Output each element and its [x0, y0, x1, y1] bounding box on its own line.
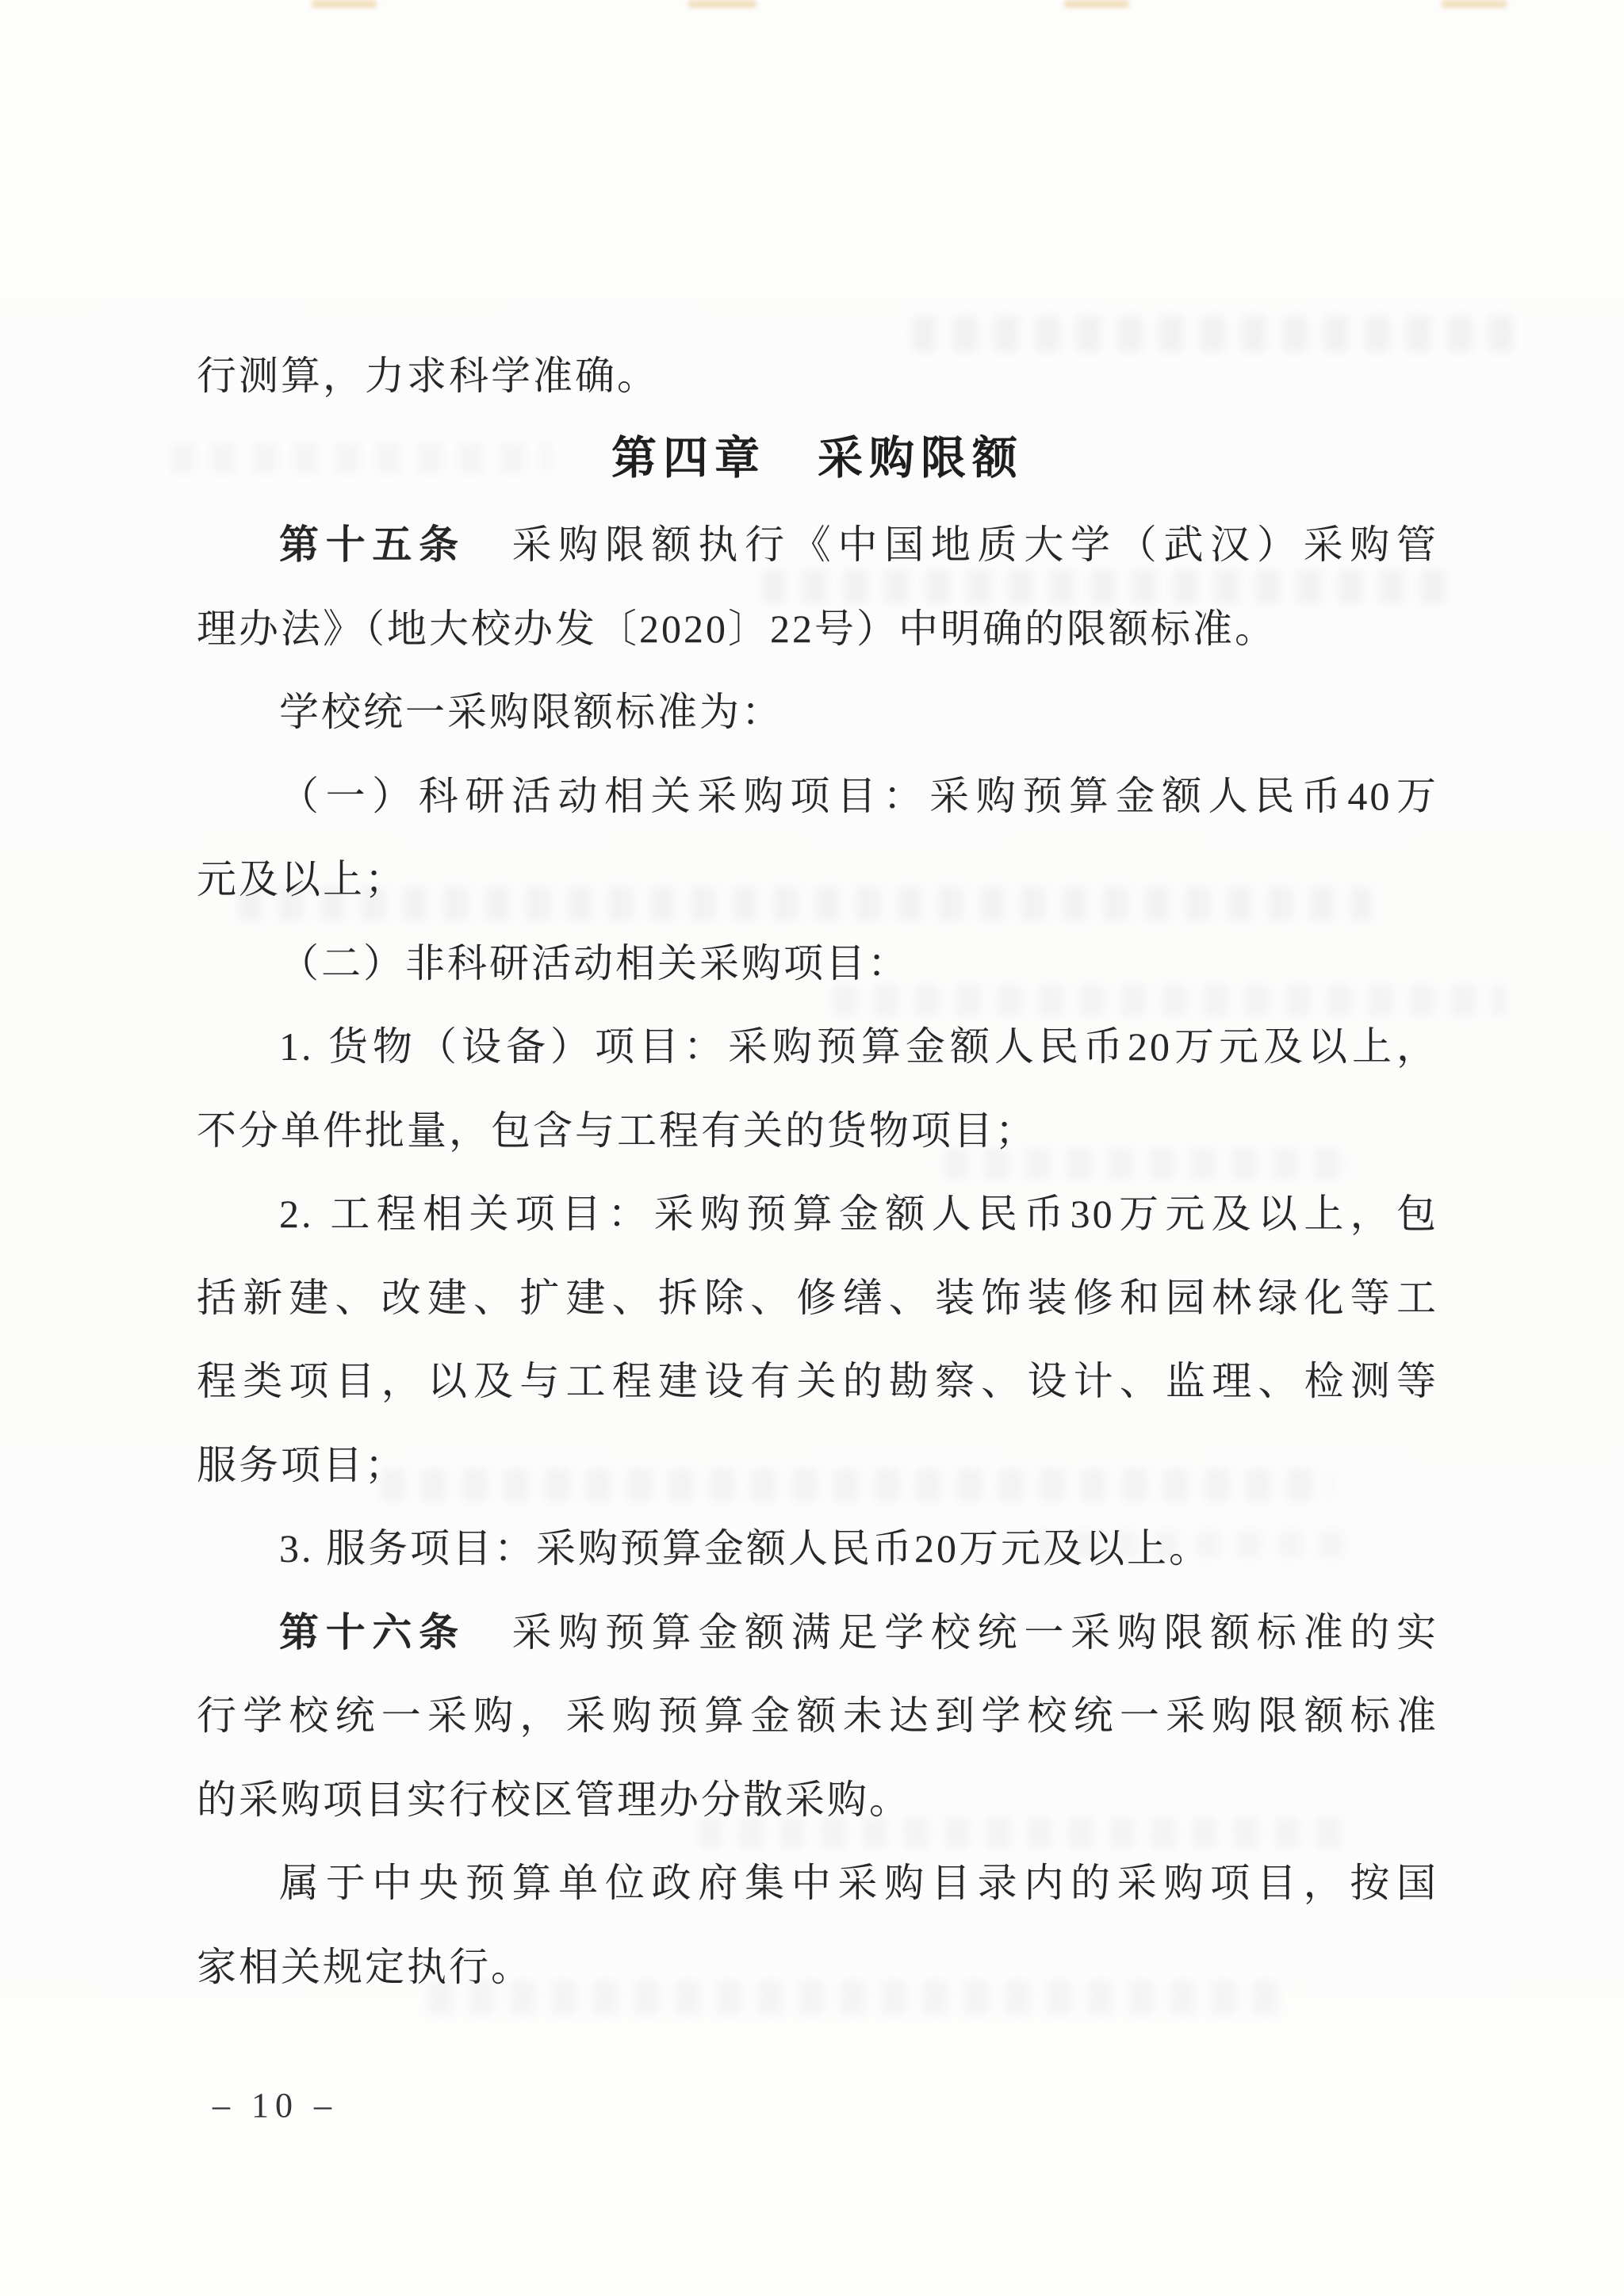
text-line: 服务项目； [197, 1442, 1438, 1488]
text-line: 家相关规定执行。 [197, 1944, 1438, 1990]
document-page: 行测算，力求科学准确。 第四章 采购限额 第十五条 采购限额执行《中国地质大学（… [0, 0, 1624, 2296]
bleed-through-artifact [761, 569, 1459, 604]
text-line: 括新建、改建、扩建、拆除、修缮、装饰装修和园林绿化等工 [197, 1275, 1438, 1321]
text-line: 程类项目，以及与工程建设有关的勘察、设计、监理、检测等 [197, 1358, 1438, 1404]
text-line: 1. 货物（设备）项目：采购预算金额人民币20万元及以上， [197, 1024, 1438, 1070]
stain-mark [312, 0, 377, 8]
text-line: 不分单件批量，包含与工程有关的货物项目； [197, 1108, 1438, 1154]
bleed-through-artifact [912, 316, 1515, 352]
text-line: 2. 工程相关项目：采购预算金额人民币30万元及以上，包 [197, 1191, 1438, 1237]
text-line: 3. 服务项目：采购预算金额人民币20万元及以上。 [197, 1525, 1438, 1571]
text-line: 理办法》（地大校办发〔2020〕22号）中明确的限额标准。 [197, 606, 1438, 652]
text-line: 第十五条 采购限额执行《中国地质大学（武汉）采购管 [197, 522, 1438, 568]
stain-mark [1064, 0, 1129, 8]
article-text: 采购限额执行《中国地质大学（武汉）采购管 [465, 522, 1438, 567]
stain-mark [1442, 0, 1507, 8]
text-line: 第十六条 采购预算金额满足学校统一采购限额标准的实 [197, 1609, 1438, 1655]
text-line: （二）非科研活动相关采购项目： [197, 940, 1438, 986]
text-line: 属于中央预算单位政府集中采购目录内的采购项目，按国 [197, 1860, 1438, 1906]
text-line: 的采购项目实行校区管理办分散采购。 [197, 1777, 1438, 1823]
article-number: 第十五条 [279, 522, 465, 567]
article-number: 第十六条 [279, 1610, 465, 1655]
chapter-heading: 第四章 采购限额 [197, 422, 1438, 487]
text-line: 行测算，力求科学准确。 [197, 353, 1438, 399]
stain-mark [688, 0, 756, 8]
page-number: – 10 – [213, 2085, 338, 2126]
text-line: 学校统一采购限额标准为： [197, 689, 1438, 735]
bleed-through-artifact [833, 985, 1507, 1016]
text-line: 元及以上； [197, 856, 1438, 902]
text-line: 行学校统一采购，采购预算金额未达到学校统一采购限额标准 [197, 1693, 1438, 1739]
article-text: 采购预算金额满足学校统一采购限额标准的实 [465, 1610, 1438, 1655]
text-line: （一）科研活动相关采购项目：采购预算金额人民币40万 [197, 773, 1438, 819]
